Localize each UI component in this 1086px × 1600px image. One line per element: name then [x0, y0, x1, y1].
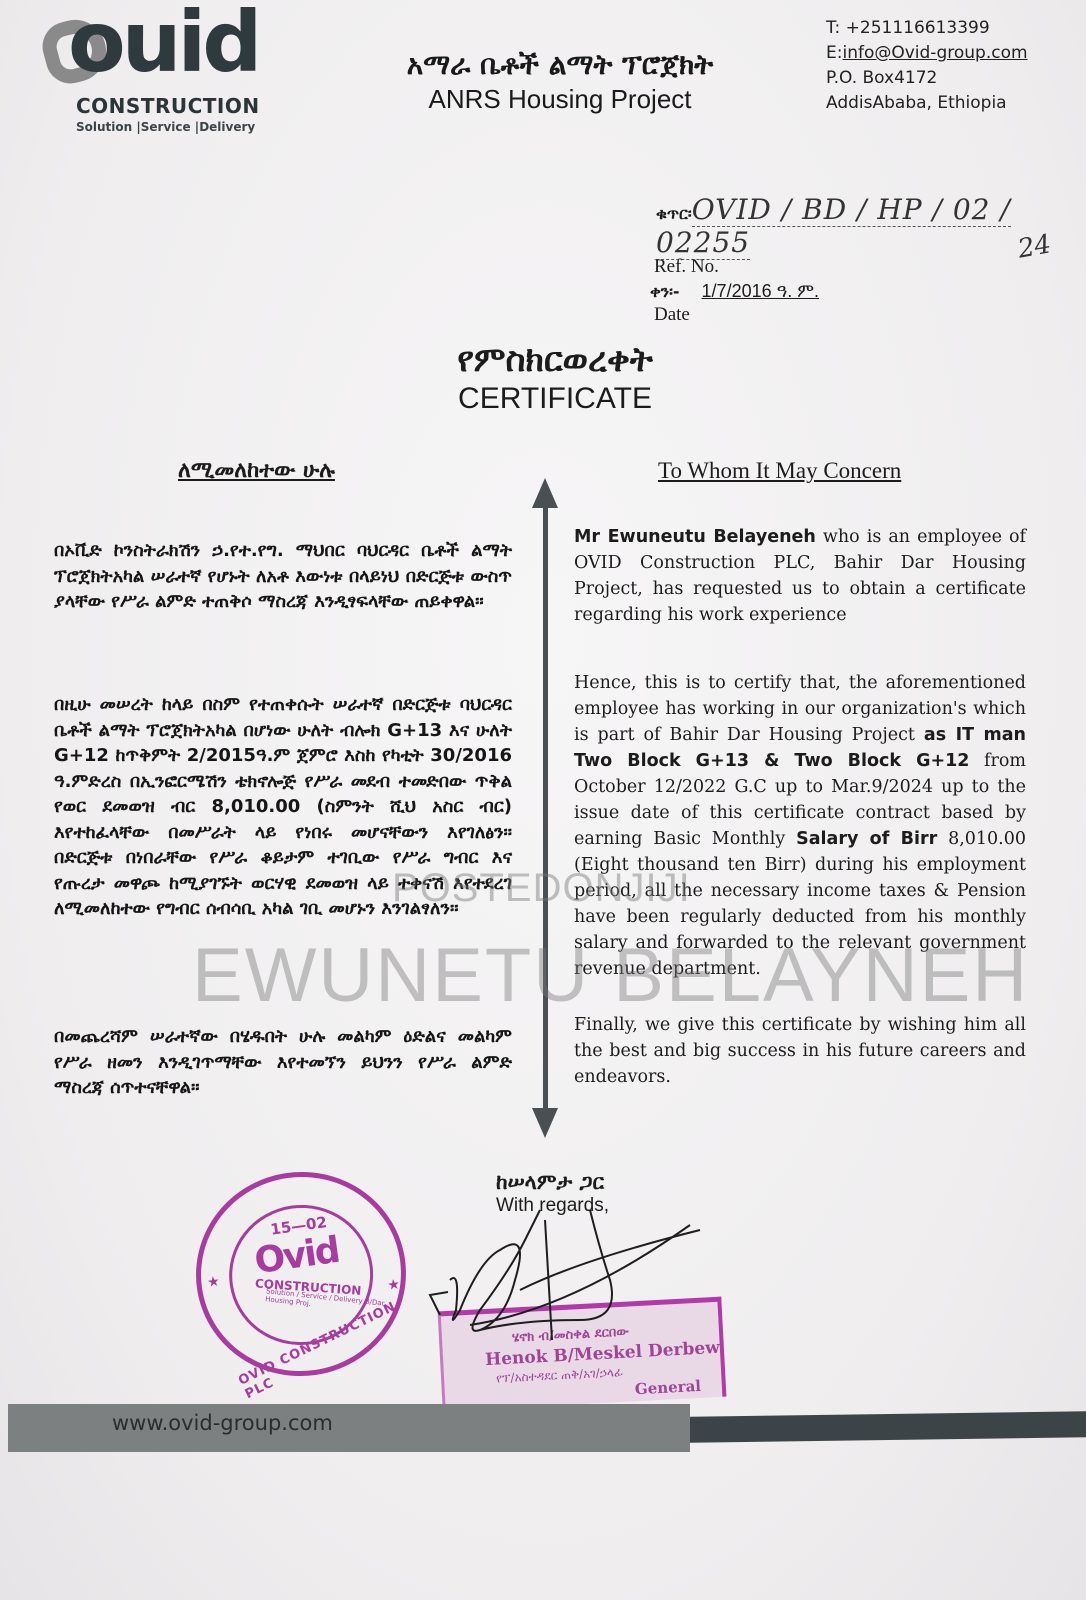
star-icon: ★: [386, 1275, 401, 1294]
date-label-english: Date: [654, 304, 690, 326]
logo-mark: ouid: [40, 14, 290, 90]
watermark-line-2: EWUNETU BELAYNEH: [192, 932, 1029, 1019]
project-title-amharic: አማራ ቤቶች ልማት ፕሮጀክት: [395, 48, 725, 82]
ref-number-handwritten: OVID / BD / HP / 02 / 02255: [656, 193, 1011, 260]
english-salutation: To Whom It May Concern: [658, 458, 901, 484]
footer-accent-band: [690, 1411, 1086, 1443]
ref-label-english: Ref. No.: [654, 256, 719, 278]
contact-phone: T: +251116613399: [826, 16, 1028, 41]
date-label-amharic: ቀን፡-: [650, 282, 680, 301]
certificate-page: ouid CONSTRUCTION Solution |Service |Del…: [0, 0, 1086, 1600]
watermark-line-1: POSTEDONJIJI: [392, 866, 691, 911]
signatory-title-english: General: [634, 1377, 701, 1398]
certificate-title-english: CERTIFICATE: [430, 382, 680, 416]
date-value: 1/7/2016 ዓ. ም.: [680, 281, 824, 301]
footer-website-link[interactable]: www.ovid-group.com: [112, 1411, 333, 1435]
amharic-paragraph-1: በኦቪድ ኮንስትራክሽን ኃ.የተ.የግ. ማህበር ባህርዳር ቤቶች ልማ…: [54, 538, 512, 615]
divider-shaft: [543, 504, 548, 1114]
amharic-paragraph-3: በመጨረሻም ሠራተኛው በሄዱበት ሁሉ መልካም ዕድልና መልካም የሥራ…: [54, 1024, 512, 1101]
amharic-salutation: ለሚመለከተው ሁሉ: [178, 458, 335, 483]
certificate-title: የምስክርወረቀት CERTIFICATE: [430, 340, 680, 416]
employee-name: Mr Ewuneutu Belayeneh: [574, 527, 816, 547]
contact-email-row: E:info@Ovid-group.com: [826, 41, 1028, 66]
contact-email-label: E:: [826, 43, 842, 63]
contact-city: AddisAbaba, Ethiopia: [826, 91, 1028, 116]
date-line: ቀን፡-1/7/2016 ዓ. ም.: [650, 281, 823, 302]
logo-wordmark: ouid: [68, 0, 258, 84]
english-paragraph-1: Mr Ewuneutu Belayeneh who is an employee…: [574, 524, 1026, 628]
column-divider-arrow: [538, 478, 552, 1138]
company-logo: ouid CONSTRUCTION Solution |Service |Del…: [40, 14, 290, 134]
logo-tagline: Solution |Service |Delivery: [76, 120, 290, 134]
project-title: አማራ ቤቶች ልማት ፕሮጀክት ANRS Housing Project: [395, 48, 725, 115]
project-title-english: ANRS Housing Project: [395, 84, 725, 115]
company-seal-stamp: ★ ★ 15—02 Ovid CONSTRUCTION Solution / S…: [183, 1158, 419, 1389]
contact-po-box: P.O. Box4172: [826, 66, 1028, 91]
ref-suffix-handwritten: 24: [1016, 229, 1054, 264]
footer-band: [8, 1404, 690, 1452]
contact-block: T: +251116613399 E:info@Ovid-group.com P…: [826, 16, 1028, 116]
contact-email-link[interactable]: info@Ovid-group.com: [842, 43, 1027, 63]
ref-label-amharic: ቁጥር፡: [656, 204, 692, 223]
handwritten-signature: [420, 1190, 720, 1340]
logo-construction: CONSTRUCTION: [76, 94, 290, 118]
salary-label: Salary of Birr: [796, 829, 937, 849]
arrow-down-icon: [532, 1108, 558, 1138]
english-paragraph-3: Finally, we give this certificate by wis…: [574, 1012, 1026, 1090]
certificate-title-amharic: የምስክርወረቀት: [430, 340, 680, 380]
star-icon: ★: [206, 1272, 221, 1291]
